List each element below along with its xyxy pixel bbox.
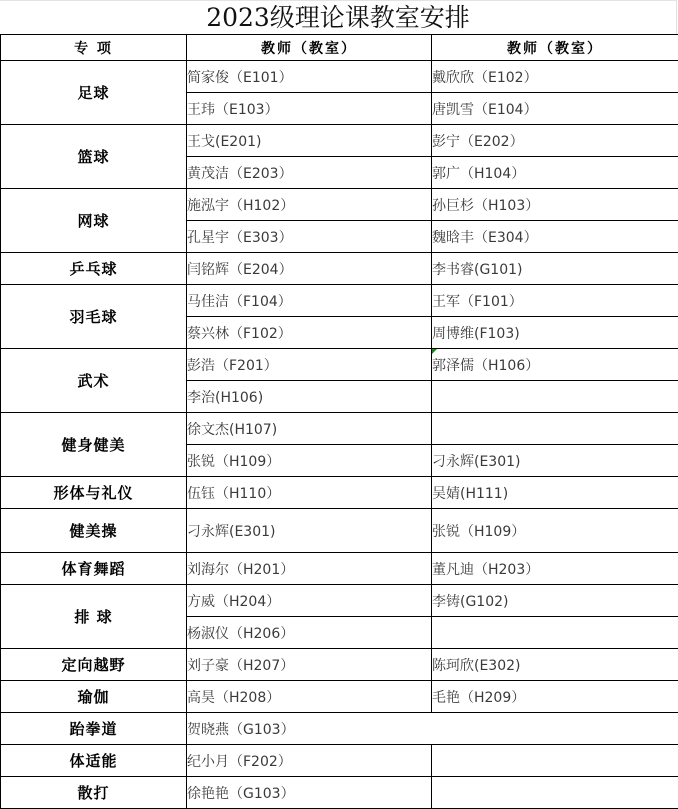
teacher-cell-merged[interactable]: 贺晓燕（G103） bbox=[187, 713, 678, 745]
teacher-cell[interactable]: 周博维(F103) bbox=[432, 317, 678, 349]
empty-cell[interactable] bbox=[432, 413, 678, 445]
comment-indicator-icon[interactable] bbox=[432, 349, 437, 354]
table-row: 乒乓球 闫铭辉（E204） 李书睿(G101) bbox=[1, 253, 678, 285]
teacher-cell[interactable]: 王戈(E201) bbox=[187, 125, 432, 157]
category-cell[interactable]: 羽毛球 bbox=[1, 285, 187, 349]
teacher-cell[interactable]: 戴欣欣（E102） bbox=[432, 61, 678, 93]
teacher-cell[interactable]: 方威（H204） bbox=[187, 585, 432, 617]
teacher-cell[interactable]: 魏晗丰（E304） bbox=[432, 221, 678, 253]
teacher-cell[interactable]: 伍钰（H110） bbox=[187, 477, 432, 509]
teacher-cell-with-comment[interactable]: 郭泽儒（H106） bbox=[432, 349, 678, 381]
teacher-cell[interactable]: 孔星宇（E303） bbox=[187, 221, 432, 253]
teacher-cell[interactable]: 李书睿(G101) bbox=[432, 253, 678, 285]
category-cell[interactable]: 体适能 bbox=[1, 745, 187, 777]
table-row: 排 球 方威（H204） 李铸(G102) bbox=[1, 585, 678, 617]
teacher-cell[interactable]: 李治(H106) bbox=[187, 381, 432, 413]
header-teacher-room-2[interactable]: 教师（教室） bbox=[432, 35, 678, 61]
category-cell[interactable]: 体育舞蹈 bbox=[1, 553, 187, 585]
teacher-cell[interactable]: 简家俊（E101） bbox=[187, 61, 432, 93]
teacher-cell[interactable]: 彭浩（F201） bbox=[187, 349, 432, 381]
teacher-cell[interactable]: 闫铭辉（E204） bbox=[187, 253, 432, 285]
empty-cell[interactable] bbox=[432, 745, 678, 777]
table-row: 健美操 刁永辉(E301) 张锐（H109） bbox=[1, 509, 678, 553]
empty-cell[interactable] bbox=[432, 777, 678, 809]
header-row: 专 项 教师（教室） 教师（教室） bbox=[1, 35, 678, 61]
category-cell[interactable]: 跆拳道 bbox=[1, 713, 187, 745]
teacher-cell[interactable]: 蔡兴林（F102） bbox=[187, 317, 432, 349]
teacher-text: 郭泽儒（H106） bbox=[432, 358, 539, 374]
table-row: 羽毛球 马佳洁（F104） 王军（F101） bbox=[1, 285, 678, 317]
teacher-cell[interactable]: 王军（F101） bbox=[432, 285, 678, 317]
category-cell[interactable]: 定向越野 bbox=[1, 649, 187, 681]
category-cell[interactable]: 足球 bbox=[1, 61, 187, 125]
category-cell[interactable]: 篮球 bbox=[1, 125, 187, 189]
category-cell[interactable]: 散打 bbox=[1, 777, 187, 809]
empty-cell[interactable] bbox=[432, 617, 678, 649]
empty-cell[interactable] bbox=[432, 381, 678, 413]
table-row: 定向越野 刘子豪（H207） 陈珂欣(E302) bbox=[1, 649, 678, 681]
teacher-cell[interactable]: 毛艳（H209） bbox=[432, 681, 678, 713]
category-cell[interactable]: 武术 bbox=[1, 349, 187, 413]
category-cell[interactable]: 网球 bbox=[1, 189, 187, 253]
teacher-cell[interactable]: 黄茂洁（E203） bbox=[187, 157, 432, 189]
table-row: 足球 简家俊（E101） 戴欣欣（E102） bbox=[1, 61, 678, 93]
table-row: 形体与礼仪 伍钰（H110） 吴婧(H111) bbox=[1, 477, 678, 509]
category-cell[interactable]: 形体与礼仪 bbox=[1, 477, 187, 509]
teacher-cell[interactable]: 施泓宇（H102） bbox=[187, 189, 432, 221]
header-teacher-room-1[interactable]: 教师（教室） bbox=[187, 35, 432, 61]
category-cell[interactable]: 健美操 bbox=[1, 509, 187, 553]
classroom-schedule-table: 专 项 教师（教室） 教师（教室） 足球 简家俊（E101） 戴欣欣（E102）… bbox=[0, 34, 678, 809]
teacher-cell[interactable]: 董凡迪（H203） bbox=[432, 553, 678, 585]
table-row: 瑜伽 高昊（H208） 毛艳（H209） bbox=[1, 681, 678, 713]
teacher-cell[interactable]: 徐文杰(H107) bbox=[187, 413, 432, 445]
table-row: 散打 徐艳艳（G103） bbox=[1, 777, 678, 809]
table-row: 篮球 王戈(E201) 彭宁（E202） bbox=[1, 125, 678, 157]
teacher-cell[interactable]: 孙巨杉（H103） bbox=[432, 189, 678, 221]
teacher-cell[interactable]: 徐艳艳（G103） bbox=[187, 777, 432, 809]
table-row: 体育舞蹈 刘海尔（H201） 董凡迪（H203） bbox=[1, 553, 678, 585]
teacher-cell[interactable]: 刘子豪（H207） bbox=[187, 649, 432, 681]
teacher-cell[interactable]: 刘海尔（H201） bbox=[187, 553, 432, 585]
teacher-cell[interactable]: 李铸(G102) bbox=[432, 585, 678, 617]
table-row: 健身健美 徐文杰(H107) bbox=[1, 413, 678, 445]
teacher-cell[interactable]: 唐凯雪（E104） bbox=[432, 93, 678, 125]
category-cell[interactable]: 健身健美 bbox=[1, 413, 187, 477]
teacher-cell[interactable]: 王玮（E103） bbox=[187, 93, 432, 125]
teacher-cell[interactable]: 刁永辉(E301) bbox=[187, 509, 432, 553]
table-row: 体适能 纪小月（F202） bbox=[1, 745, 678, 777]
teacher-cell[interactable]: 张锐（H109） bbox=[432, 509, 678, 553]
teacher-cell[interactable]: 纪小月（F202） bbox=[187, 745, 432, 777]
teacher-cell[interactable]: 郭广（H104） bbox=[432, 157, 678, 189]
teacher-cell[interactable]: 吴婧(H111) bbox=[432, 477, 678, 509]
sheet-title: 2023级理论课教室安排 bbox=[0, 0, 677, 34]
category-cell[interactable]: 乒乓球 bbox=[1, 253, 187, 285]
category-cell[interactable]: 瑜伽 bbox=[1, 681, 187, 713]
teacher-cell[interactable]: 刁永辉(E301) bbox=[432, 445, 678, 477]
teacher-cell[interactable]: 高昊（H208） bbox=[187, 681, 432, 713]
teacher-cell[interactable]: 彭宁（E202） bbox=[432, 125, 678, 157]
teacher-cell[interactable]: 张锐（H109） bbox=[187, 445, 432, 477]
teacher-cell[interactable]: 杨淑仪（H206） bbox=[187, 617, 432, 649]
table-row: 跆拳道 贺晓燕（G103） bbox=[1, 713, 678, 745]
category-cell[interactable]: 排 球 bbox=[1, 585, 187, 649]
teacher-cell[interactable]: 陈珂欣(E302) bbox=[432, 649, 678, 681]
teacher-cell[interactable]: 马佳洁（F104） bbox=[187, 285, 432, 317]
table-row: 网球 施泓宇（H102） 孙巨杉（H103） bbox=[1, 189, 678, 221]
header-category[interactable]: 专 项 bbox=[1, 35, 187, 61]
table-row: 武术 彭浩（F201） 郭泽儒（H106） bbox=[1, 349, 678, 381]
